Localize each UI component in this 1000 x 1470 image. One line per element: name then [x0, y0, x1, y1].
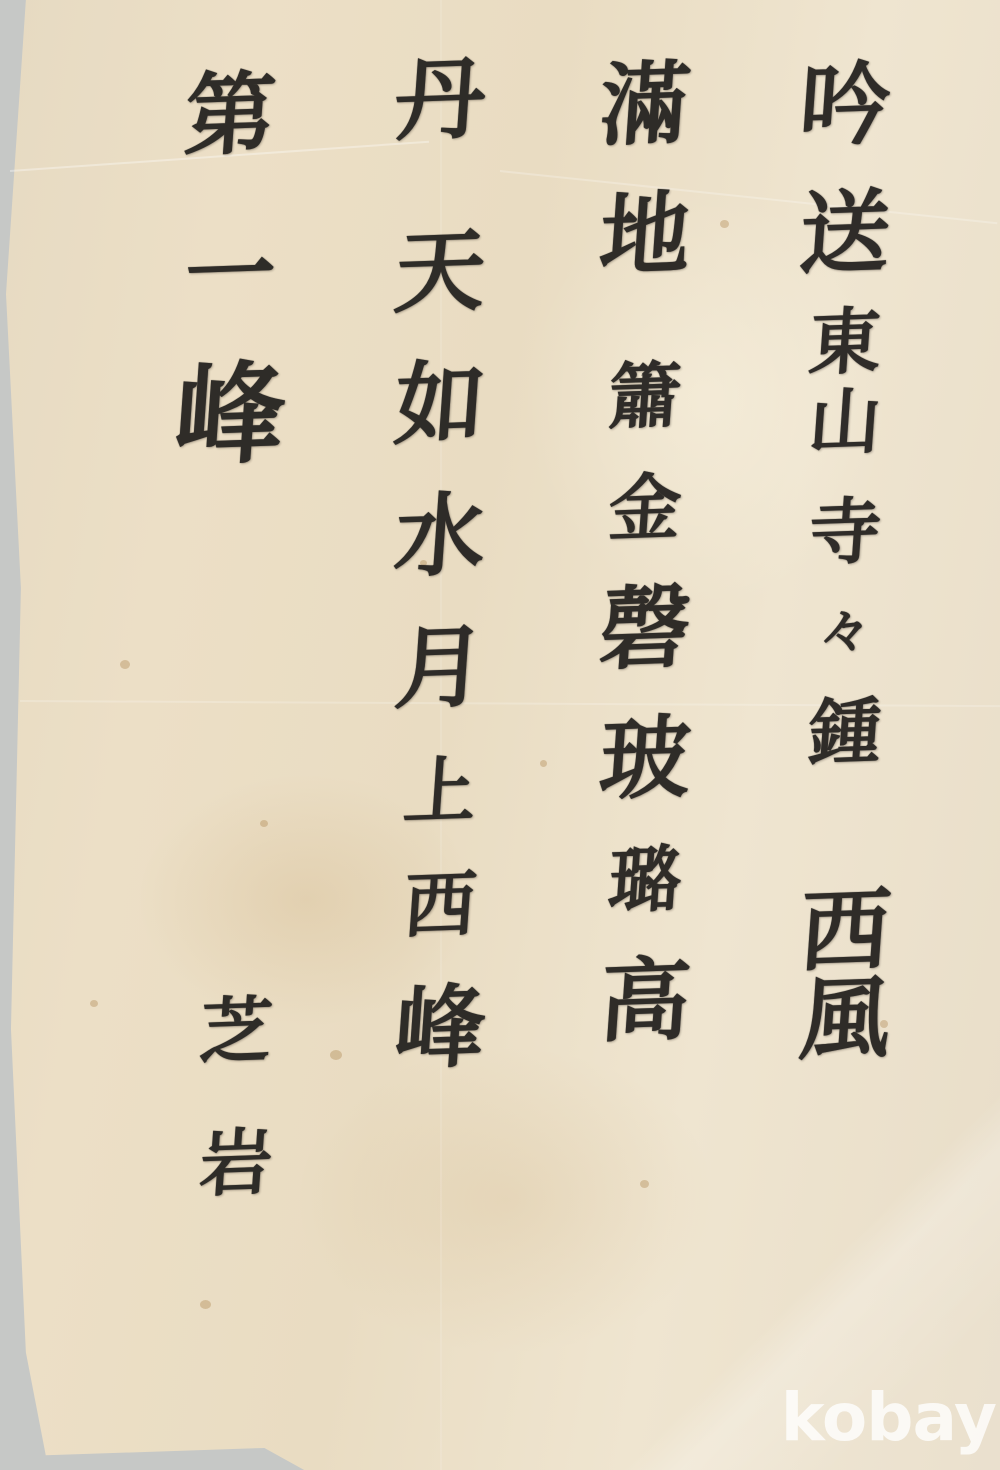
calligraphy-character: 々: [817, 605, 873, 659]
calligraphy-character: 滿: [597, 58, 694, 151]
calligraphy-character: 如: [392, 357, 489, 450]
calligraphy-column-1: 吟 送 東 山 寺 々 鍾 西 風: [800, 60, 890, 1064]
calligraphy-character: 丹: [392, 53, 489, 146]
calligraphy-character: 金: [606, 471, 683, 545]
signature-character: 芝: [197, 994, 274, 1068]
calligraphy-character: 西: [797, 884, 894, 977]
calligraphy-character: 山: [806, 385, 883, 459]
signature-character: 岩: [197, 1126, 274, 1200]
calligraphy-character: 東: [806, 305, 883, 379]
foxing-spot: [120, 660, 130, 669]
calligraphy-character: 地: [597, 188, 694, 281]
artist-signature: 芝 岩: [200, 995, 272, 1199]
calligraphy-character: 寺: [806, 495, 883, 569]
calligraphy-character: 磬: [597, 582, 694, 675]
foxing-spot: [640, 1180, 649, 1188]
calligraphy-character: 上: [401, 754, 478, 828]
calligraphy-character: 水: [392, 489, 489, 582]
calligraphy-character: 簫: [606, 359, 683, 433]
kobay-watermark: kobay: [781, 1379, 996, 1456]
calligraphy-character: 鍾: [806, 695, 883, 769]
calligraphy-character: 送: [797, 186, 894, 279]
foxing-spot: [90, 1000, 98, 1007]
calligraphy-column-2: 滿 地 簫 金 磬 玻 璐 高: [600, 60, 690, 1046]
calligraphy-character: 天: [392, 225, 489, 318]
calligraphy-column-3: 丹 天 如 水 月 上 西 峰: [395, 55, 485, 1073]
foxing-spot: [330, 1050, 342, 1060]
foxing-spot: [540, 760, 547, 767]
calligraphy-character: 峰: [171, 358, 289, 472]
calligraphy-character: 第: [182, 68, 279, 161]
calligraphy-character: 西: [401, 868, 478, 942]
calligraphy-character: 月: [392, 621, 489, 714]
calligraphy-character: 高: [597, 954, 694, 1047]
calligraphy-character: 風: [797, 972, 894, 1065]
calligraphy-character: 一: [182, 228, 279, 321]
calligraphy-character: 玻: [597, 712, 694, 805]
photograph: 吟 送 東 山 寺 々 鍾 西 風 滿 地 簫 金 磬 玻 璐 高 丹 天 如 …: [0, 0, 1000, 1470]
foxing-spot: [260, 820, 268, 827]
foxing-spot: [720, 220, 729, 228]
foxing-spot: [200, 1300, 211, 1309]
calligraphy-character: 峰: [392, 981, 489, 1074]
calligraphy-character: 璐: [606, 843, 683, 917]
calligraphy-character: 吟: [797, 58, 894, 151]
calligraphy-column-4: 第 一 峰: [175, 70, 285, 470]
